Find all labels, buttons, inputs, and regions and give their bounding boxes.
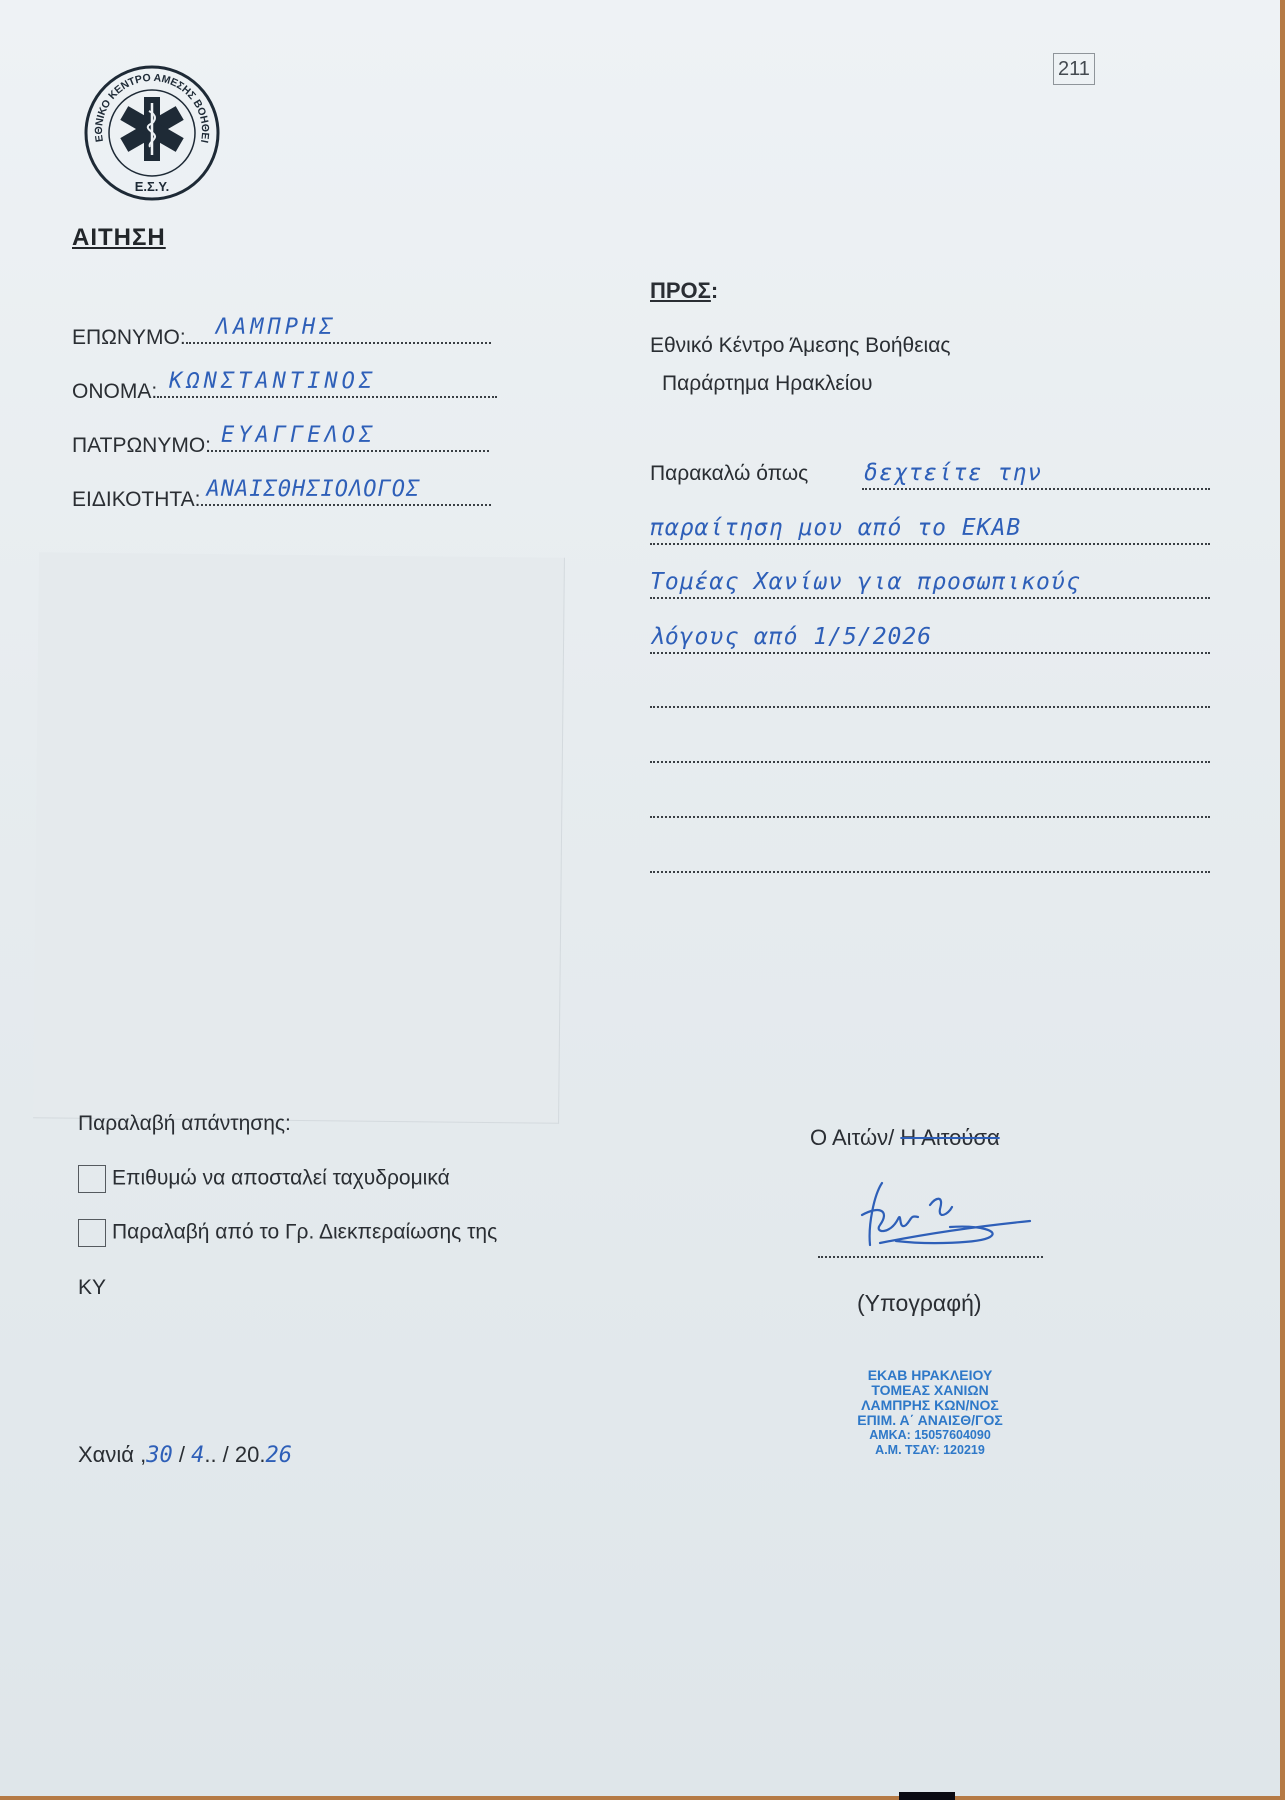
signature-icon — [840, 1175, 1040, 1265]
field-first-name: ΟΝΟΜΑ:ΚΩΝΣΤΑΝΤΙΝΟΣ — [72, 376, 497, 404]
document-page: 211 ΕΘΝΙΚΟ ΚΕΝΤΡΟ ΑΜΕΣΗΣ ΒΟΗΘΕΙΑΣ Ε.Σ.Υ.… — [0, 0, 1280, 1796]
option-pickup[interactable]: Παραλαβή από το Γρ. Διεκπεραίωσης της — [78, 1219, 497, 1247]
signature-line[interactable] — [818, 1256, 1043, 1258]
specialty-input[interactable]: ΑΝΑΙΣΘΗΣΙΟΛΟΓΟΣ — [201, 484, 491, 506]
request-line-4[interactable]: λόγους από 1/5/2026 — [650, 626, 1210, 654]
first-name-input[interactable]: ΚΩΝΣΤΑΝΤΙΝΟΣ — [157, 376, 497, 398]
request-line-5[interactable] — [650, 680, 1210, 708]
page-number: 211 — [1053, 53, 1095, 85]
date-day[interactable]: 30 — [146, 1443, 173, 1468]
response-receipt-label: Παραλαβή απάντησης: — [78, 1112, 291, 1136]
request-line-6[interactable] — [650, 735, 1210, 763]
postal-checkbox[interactable] — [78, 1165, 106, 1193]
dark-object — [899, 1792, 955, 1800]
date-line: Χανιά ,30 / 4.. / 20.26 — [78, 1442, 292, 1468]
option-postal[interactable]: Επιθυμώ να αποσταλεί ταχυδρομικά — [78, 1165, 450, 1193]
field-specialty: ΕΙΔΙΚΟΤΗΤΑ:ΑΝΑΙΣΘΗΣΙΟΛΟΓΟΣ — [72, 484, 491, 512]
date-month[interactable]: 4 — [191, 1443, 204, 1468]
signature-caption: (Υπογραφή) — [857, 1290, 982, 1317]
surname-input[interactable]: ΛΑΜΠΡΗΣ — [186, 322, 491, 344]
recipient-heading: ΠΡΟΣ: — [650, 278, 718, 304]
request-line-8[interactable] — [650, 845, 1210, 873]
svg-text:Ε.Σ.Υ.: Ε.Σ.Υ. — [135, 179, 170, 194]
request-line-2[interactable]: παραίτηση μου από το ΕΚΑΒ — [650, 517, 1210, 545]
redacted-area — [33, 552, 565, 1123]
recipient-line-2: Παράρτημα Ηρακλείου — [662, 372, 873, 396]
recipient-line-1: Εθνικό Κέντρο Άμεσης Βοήθειας — [650, 334, 950, 358]
request-line-7[interactable] — [650, 790, 1210, 818]
request-line-1[interactable]: δεχτείτε την — [862, 462, 1210, 490]
form-title: ΑΙΤΗΣΗ — [72, 224, 166, 252]
request-prefix: Παρακαλώ όπως — [650, 462, 808, 486]
field-surname: ΕΠΩΝΥΜΟ:ΛΑΜΠΡΗΣ — [72, 322, 491, 350]
request-line-3[interactable]: Τομέας Χανίων για προσωπικούς — [650, 571, 1210, 599]
date-year[interactable]: 26 — [266, 1443, 293, 1468]
response-receipt-continuation: ΚΥ — [78, 1276, 106, 1300]
fathers-name-input[interactable]: ΕΥΑΓΓΕΛΟΣ — [211, 430, 489, 452]
field-fathers-name: ΠΑΤΡΩΝΥΜΟ:ΕΥΑΓΓΕΛΟΣ — [72, 430, 489, 458]
applicant-label: Ο Αιτών/ Η Αιτούσα — [810, 1125, 1000, 1151]
ekab-logo-icon: ΕΘΝΙΚΟ ΚΕΝΤΡΟ ΑΜΕΣΗΣ ΒΟΗΘΕΙΑΣ Ε.Σ.Υ. — [82, 63, 222, 203]
official-stamp: ΕΚΑΒ ΗΡΑΚΛΕΙΟΥ ΤΟΜΕΑΣ ΧΑΝΙΩΝ ΛΑΜΠΡΗΣ ΚΩΝ… — [830, 1368, 1030, 1458]
pickup-checkbox[interactable] — [78, 1219, 106, 1247]
